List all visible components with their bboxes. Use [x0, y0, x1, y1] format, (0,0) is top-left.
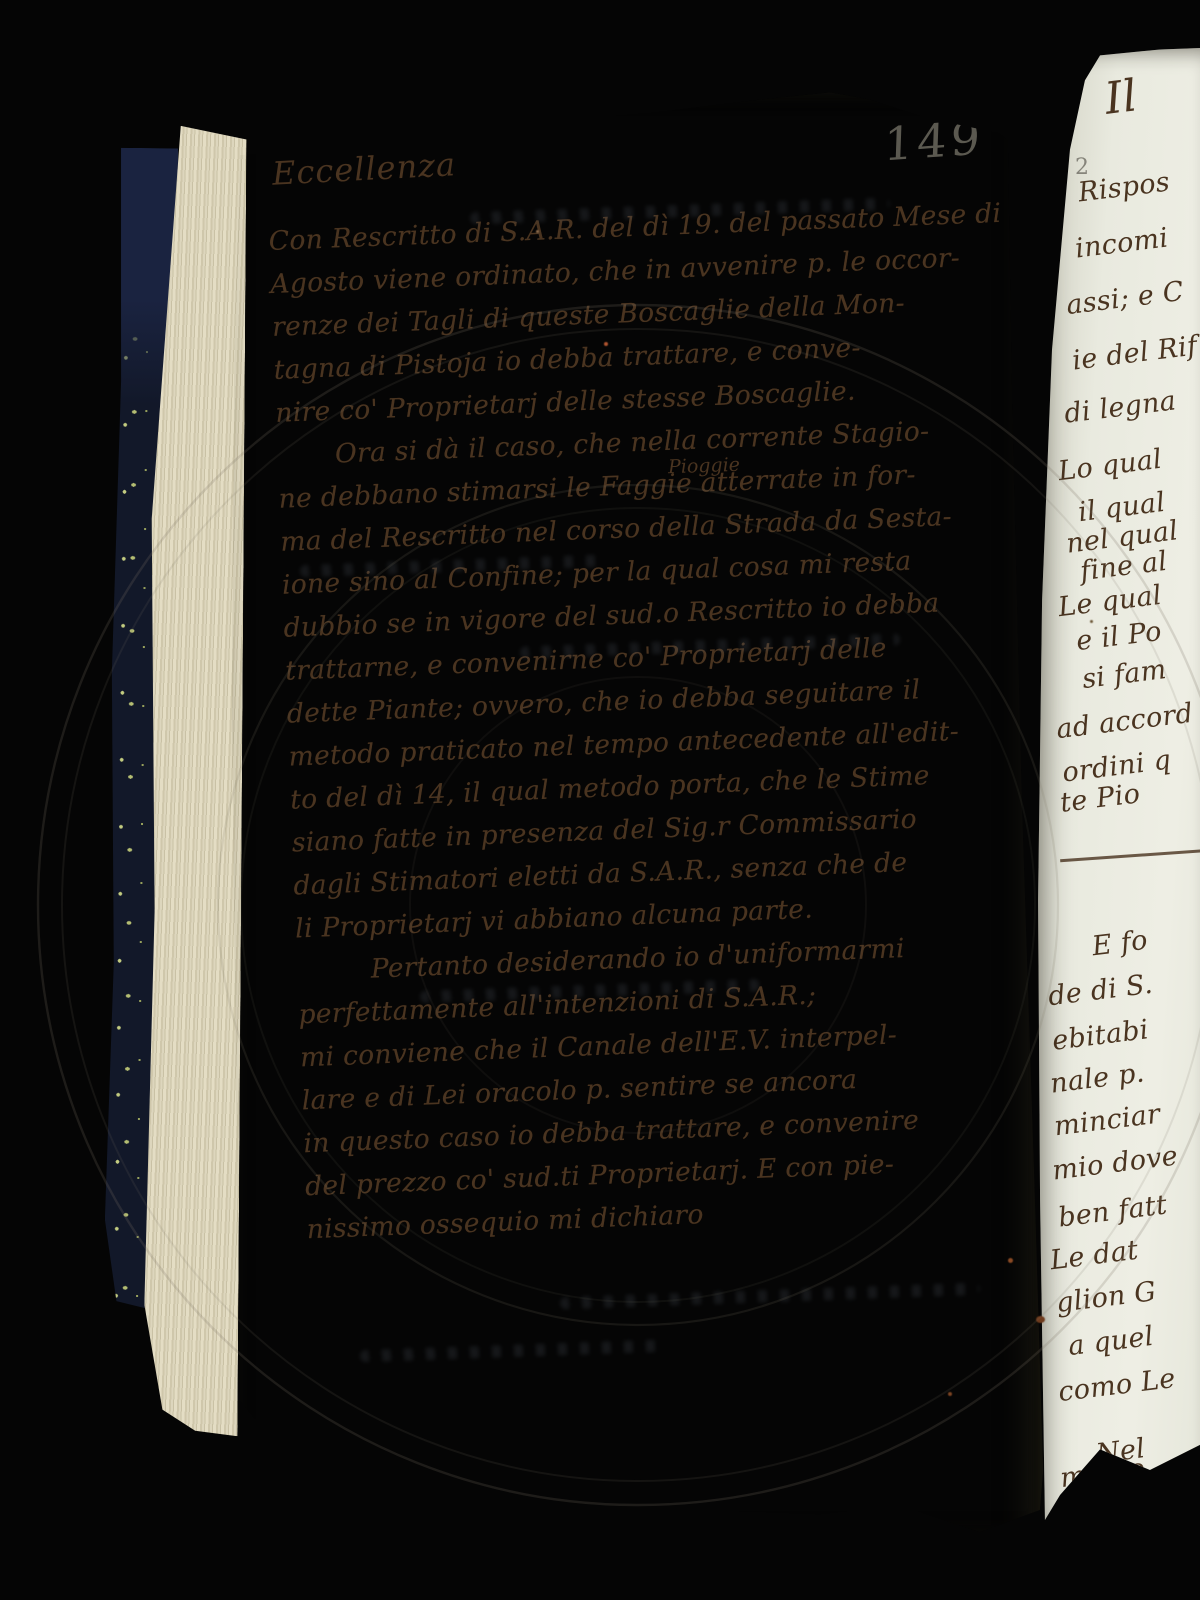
left-page: 149 Eccellenza Pioggie Con Rescritto di …: [222, 88, 1044, 1548]
recto-line-fragment: ebitabi: [1050, 1014, 1150, 1057]
recto-line-fragment: maino: [1058, 1453, 1147, 1494]
recto-line-fragment: Il: [1102, 70, 1140, 125]
recto-line-fragment: ad accord: [1055, 698, 1195, 746]
recto-line-fragment: incomi: [1073, 222, 1170, 264]
ink-spot: [1008, 1258, 1013, 1263]
recto-line-fragment: mio dove: [1051, 1140, 1180, 1186]
ink-spot: [1036, 1316, 1045, 1323]
recto-line-fragment: E fo: [1090, 925, 1149, 963]
recto-line-fragment: Le dat: [1048, 1235, 1140, 1277]
ink-spot: [536, 230, 539, 233]
recto-line-fragment: ben fatt: [1057, 1189, 1169, 1233]
recto-line-fragment: e il Po: [1074, 616, 1163, 657]
recto-line-fragment: minciar: [1053, 1099, 1162, 1143]
recto-line-fragment: si fam: [1080, 654, 1168, 695]
ink-spot: [1090, 620, 1093, 623]
recto-line-fragment: di legna: [1063, 385, 1178, 429]
folio-number-pencil: 149: [883, 111, 985, 172]
recto-line-fragment: glion G: [1054, 1276, 1157, 1319]
recto-line-fragment: ie del Rif: [1071, 330, 1199, 376]
recto-line-fragment: Rispos: [1076, 167, 1171, 209]
recto-line-fragment: Lo qual: [1056, 444, 1163, 487]
recto-line-fragment: de di S.: [1047, 969, 1155, 1013]
recto-line-fragment: como Le: [1057, 1363, 1178, 1408]
recto-line-fragment: assi; e C: [1065, 276, 1186, 321]
right-page: 2 Il Rispos incomi assi; e C ie del Rif …: [1032, 48, 1200, 1520]
ink-spot: [604, 342, 608, 346]
manuscript-photo: 149 Eccellenza Pioggie Con Rescritto di …: [0, 0, 1200, 1600]
section-divider-rule: [1060, 849, 1200, 862]
recto-line-fragment: nale p.: [1048, 1057, 1146, 1099]
recto-line-fragment: a quel: [1066, 1321, 1155, 1362]
manuscript-text-block: Con Rescritto di S.A.R. del dì 19. del p…: [268, 193, 1013, 1251]
manuscript-heading: Eccellenza: [271, 145, 457, 193]
ink-spot: [948, 1392, 952, 1396]
